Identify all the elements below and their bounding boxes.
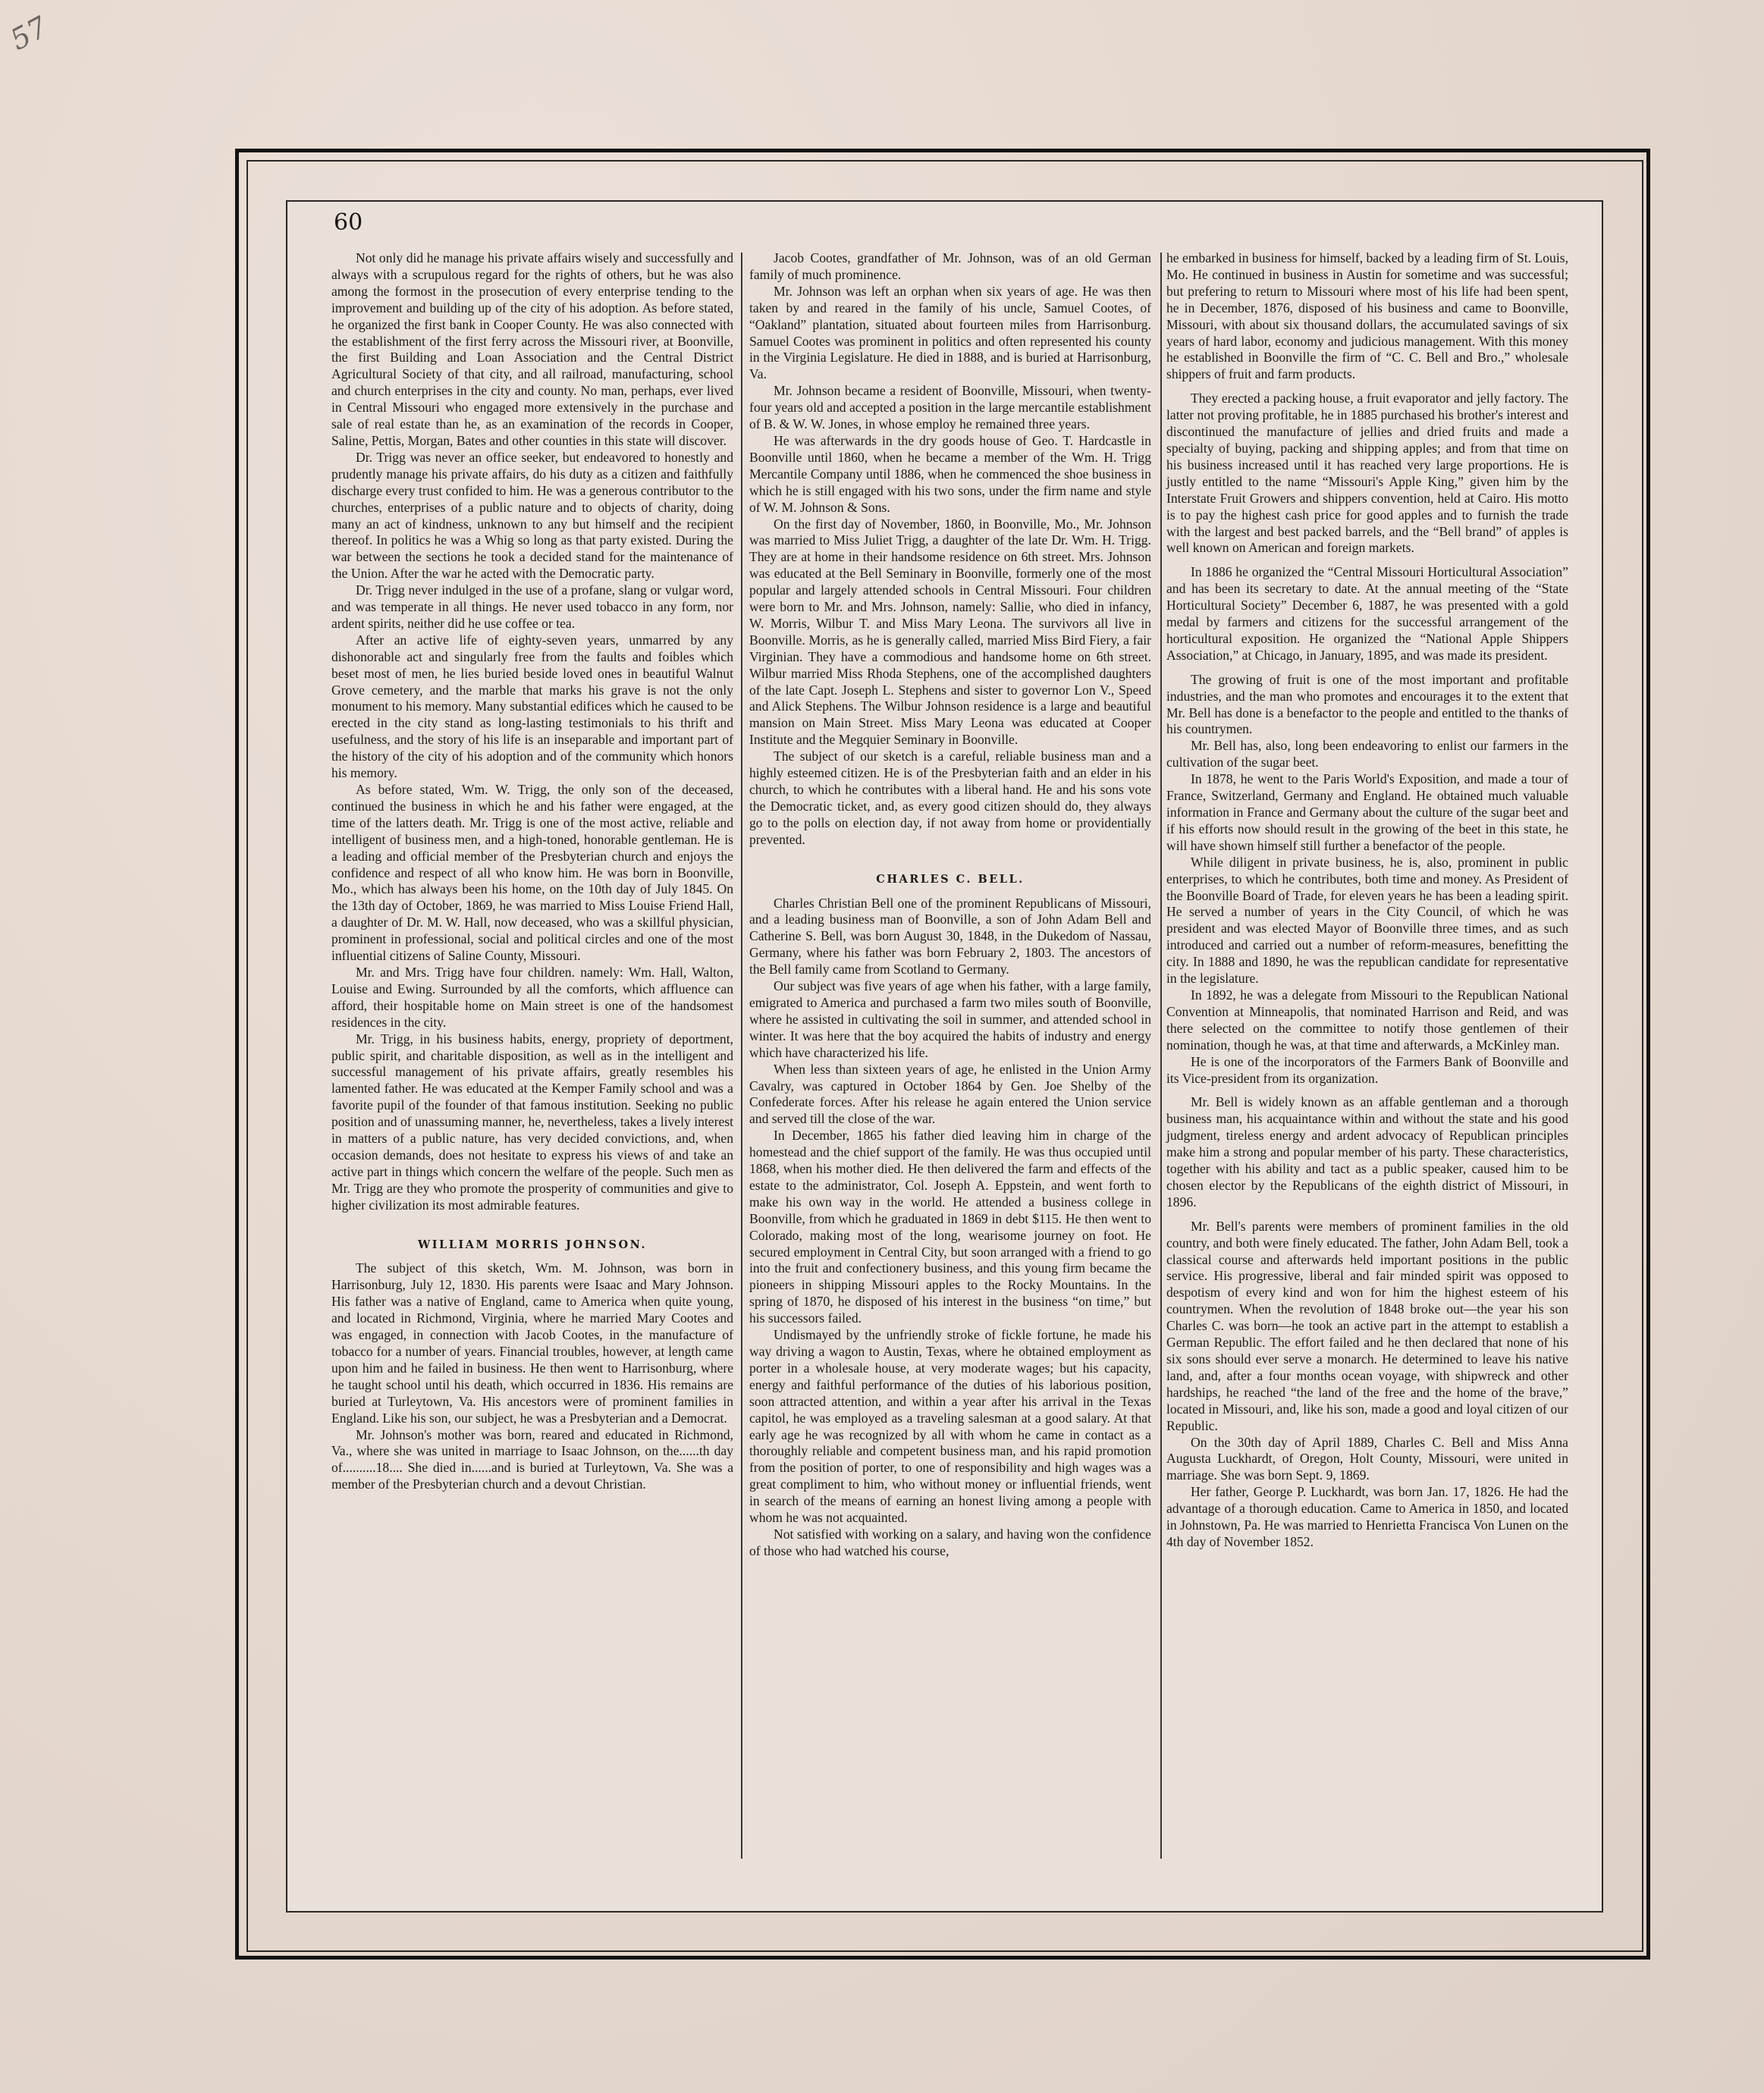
paragraph: Mr. Bell is widely known as an affable g…	[1166, 1094, 1568, 1210]
column-left: Not only did he manage his private affai…	[331, 250, 733, 1493]
paragraph: Mr. Bell's parents were members of promi…	[1166, 1219, 1568, 1435]
paragraph: On the 30th day of April 1889, Charles C…	[1166, 1435, 1568, 1485]
paragraph: In 1892, he was a delegate from Missouri…	[1166, 987, 1568, 1054]
column-rule-1	[741, 253, 742, 1859]
paragraph: Her father, George P. Luckhardt, was bor…	[1166, 1484, 1568, 1551]
paragraph: He was afterwards in the dry goods house…	[749, 433, 1151, 516]
paragraph: On the first day of November, 1860, in B…	[749, 516, 1151, 749]
paragraph: The growing of fruit is one of the most …	[1166, 672, 1568, 739]
paragraph: Not only did he manage his private affai…	[331, 250, 733, 450]
paragraph: The subject of our sketch is a careful, …	[749, 748, 1151, 848]
paragraph: While diligent in private business, he i…	[1166, 855, 1568, 987]
page-number: 60	[334, 209, 363, 236]
paragraph: The subject of this sketch, Wm. M. Johns…	[331, 1260, 733, 1426]
section-heading-johnson: WILLIAM MORRIS JOHNSON.	[331, 1237, 733, 1254]
paragraph: As before stated, Wm. W. Trigg, the only…	[331, 782, 733, 965]
paragraph: Mr. Johnson's mother was born, reared an…	[331, 1427, 733, 1494]
paragraph: Dr. Trigg never indulged in the use of a…	[331, 582, 733, 632]
column-right: he embarked in business for himself, bac…	[1166, 250, 1568, 1551]
paragraph: Mr. Johnson became a resident of Boonvil…	[749, 383, 1151, 433]
paragraph: In 1878, he went to the Paris World's Ex…	[1166, 771, 1568, 855]
column-middle: Jacob Cootes, grandfather of Mr. Johnson…	[749, 250, 1151, 1560]
paragraph-continued: he embarked in business for himself, bac…	[1166, 250, 1568, 383]
paragraph: In 1886 he organized the “Central Missou…	[1166, 564, 1568, 664]
paragraph: Mr. and Mrs. Trigg have four children. n…	[331, 965, 733, 1031]
paragraph: Mr. Johnson was left an orphan when six …	[749, 284, 1151, 383]
paragraph: Mr. Bell has, also, long been endeavorin…	[1166, 738, 1568, 771]
paragraph: Mr. Trigg, in his business habits, energ…	[331, 1031, 733, 1214]
margin-pencil-mark: 57	[5, 10, 53, 57]
paragraph: He is one of the incorporators of the Fa…	[1166, 1054, 1568, 1087]
paragraph: Undismayed by the unfriendly stroke of f…	[749, 1327, 1151, 1527]
paragraph: Charles Christian Bell one of the promin…	[749, 896, 1151, 979]
paragraph: After an active life of eighty-seven yea…	[331, 632, 733, 782]
section-heading-bell: CHARLES C. BELL.	[749, 871, 1151, 888]
column-rule-2	[1160, 253, 1162, 1859]
paragraph: Dr. Trigg was never an office seeker, bu…	[331, 450, 733, 582]
paragraph: Our subject was five years of age when h…	[749, 978, 1151, 1062]
paragraph: They erected a packing house, a fruit ev…	[1166, 391, 1568, 557]
paragraph: In December, 1865 his father died leavin…	[749, 1128, 1151, 1327]
paragraph: Jacob Cootes, grandfather of Mr. Johnson…	[749, 250, 1151, 284]
paragraph: Not satisfied with working on a salary, …	[749, 1527, 1151, 1560]
paragraph: When less than sixteen years of age, he …	[749, 1062, 1151, 1128]
